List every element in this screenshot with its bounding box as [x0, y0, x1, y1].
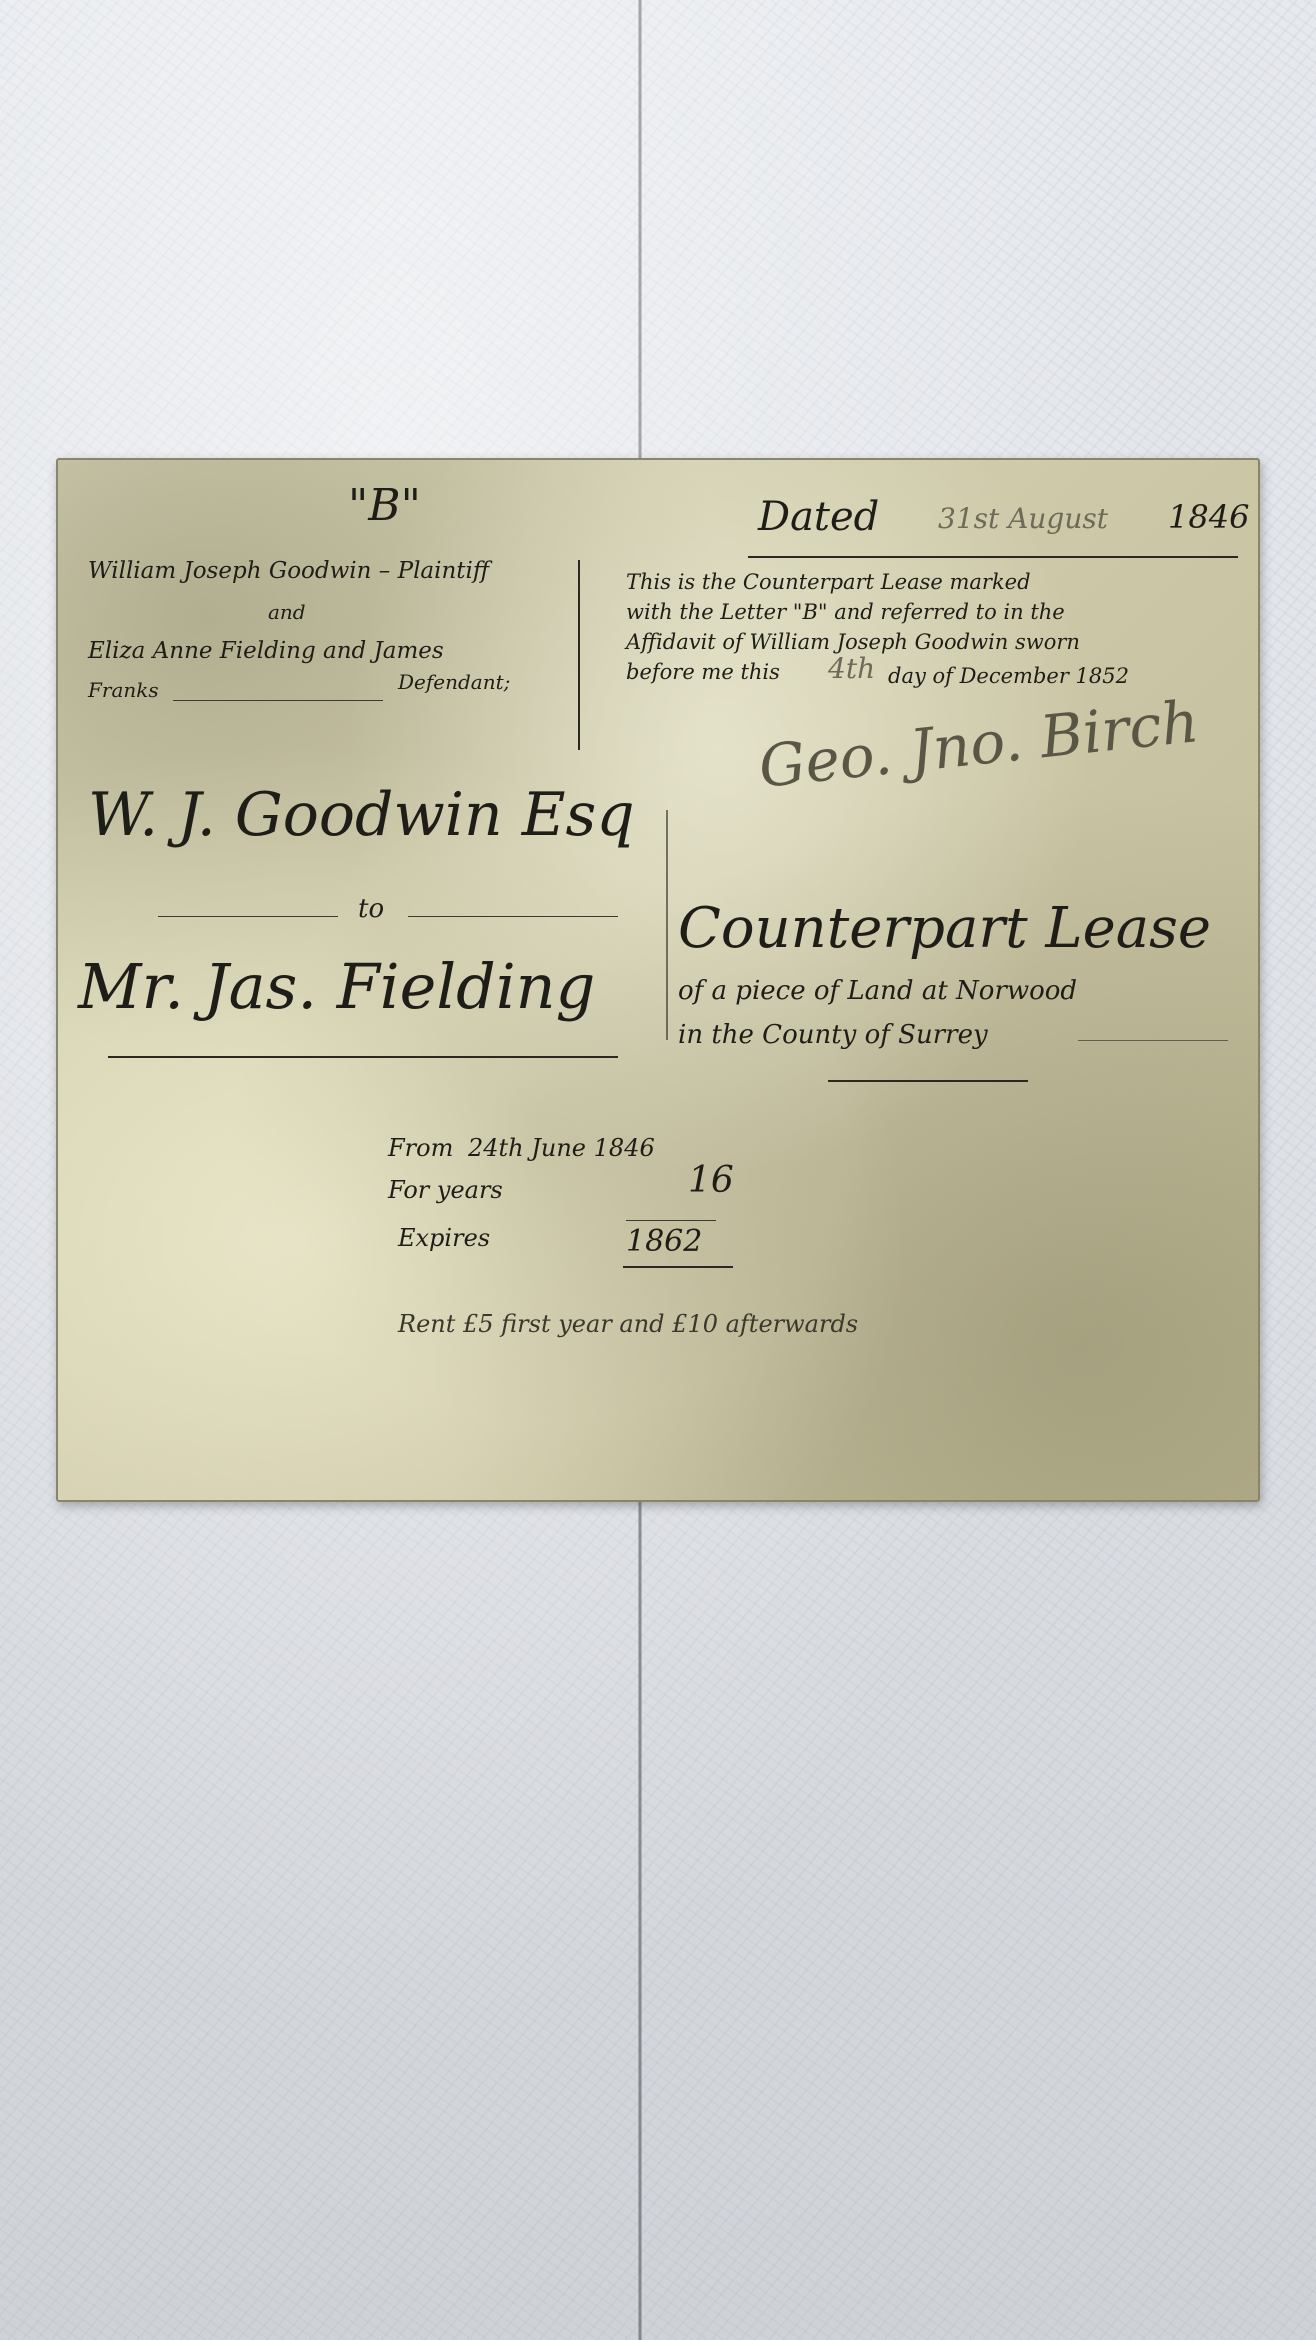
title-brace [666, 810, 668, 1040]
affidavit-line-1: This is the Counterpart Lease marked [626, 570, 1031, 594]
surface-seam-lower [638, 1500, 642, 2340]
parties-brace [578, 560, 580, 750]
party-defendants: Eliza Anne Fielding and James [88, 638, 444, 664]
exhibit-mark: "B" [348, 480, 421, 531]
term-from-label: From [388, 1134, 453, 1162]
commissioner-signature: Geo. Jno. Birch [756, 687, 1202, 801]
heading-underline [828, 1080, 1028, 1082]
affidavit-line-4-prefix: before me this [626, 660, 780, 684]
dated-day-month: 31st August [938, 502, 1108, 535]
affidavit-line-4-suffix: day of December 1852 [888, 664, 1129, 688]
dated-year: 1846 [1168, 498, 1249, 536]
dated-label: Dated [758, 494, 879, 540]
term-from-value: 24th June 1846 [468, 1134, 655, 1162]
party-and: and [268, 600, 306, 624]
title-rule-right [408, 916, 618, 917]
affidavit-day: 4th [828, 652, 875, 685]
description-line-1: of a piece of Land at Norwood [678, 976, 1077, 1006]
description-dash [1078, 1040, 1228, 1041]
affidavit-line-2: with the Letter "B" and referred to in t… [626, 600, 1065, 624]
title-underline [108, 1056, 618, 1058]
term-years-value: 16 [688, 1160, 734, 1201]
party-defendant-name: Franks [88, 678, 159, 702]
term-expires-underline [623, 1266, 733, 1268]
term-expires-value: 1862 [626, 1224, 702, 1259]
term-expires-overline [626, 1220, 716, 1221]
party-rule [173, 700, 383, 701]
party-defendant-role: Defendant; [398, 670, 510, 694]
term-expires-label: Expires [398, 1224, 490, 1252]
title-to: Mr. Jas. Fielding [78, 950, 595, 1023]
term-years-label: For years [388, 1176, 503, 1204]
lease-document: "B" William Joseph Goodwin – Plaintiff a… [56, 458, 1260, 1502]
title-to-word: to [358, 894, 384, 924]
title-from: W. J. Goodwin Esq [88, 780, 635, 850]
affidavit-line-3: Affidavit of William Joseph Goodwin swor… [626, 630, 1080, 654]
heading-counterpart-lease: Counterpart Lease [678, 896, 1211, 961]
party-plaintiff: William Joseph Goodwin – Plaintiff [88, 558, 489, 584]
rent-terms: Rent £5 first year and £10 afterwards [398, 1310, 858, 1338]
dated-rule [748, 556, 1238, 558]
title-rule-left [158, 916, 338, 917]
description-line-2: in the County of Surrey [678, 1020, 988, 1050]
